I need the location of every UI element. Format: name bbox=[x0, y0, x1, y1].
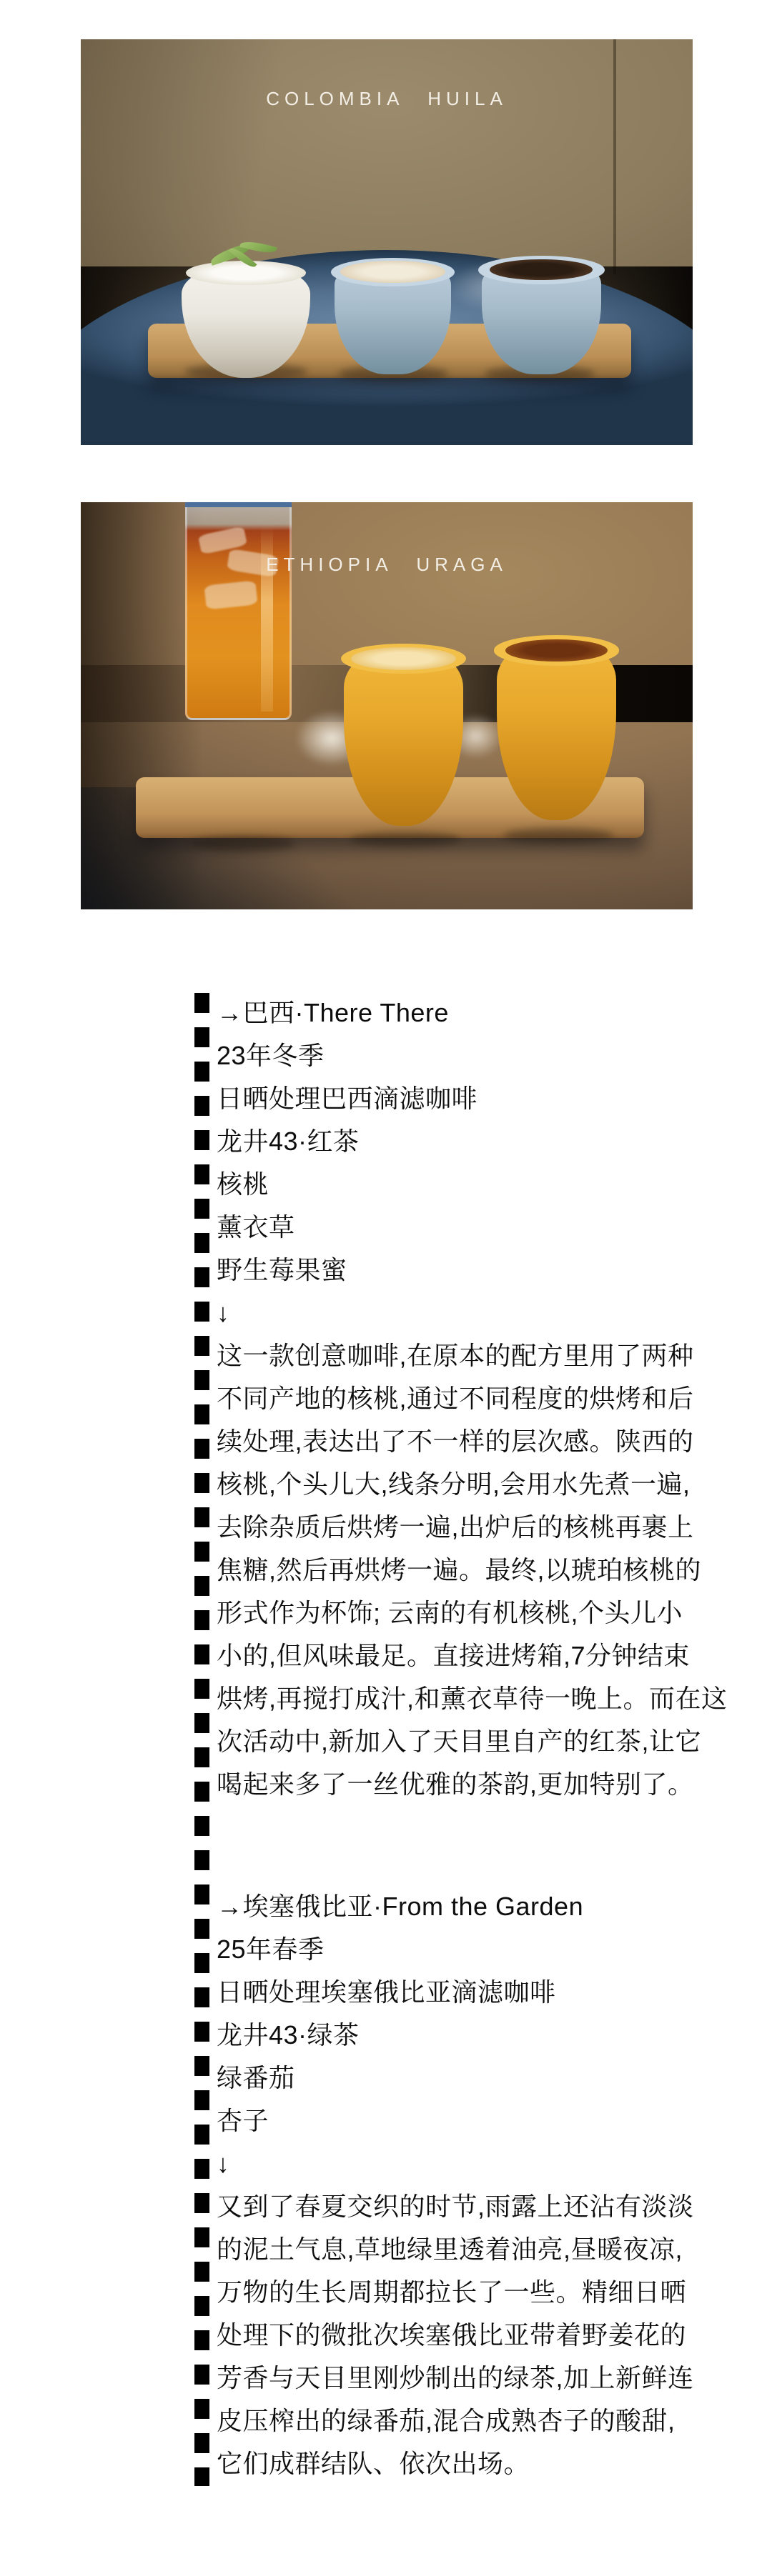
text-line: 不同产地的核桃,通过不同程度的烘烤和后 bbox=[217, 1377, 710, 1420]
text-line: 杏子 bbox=[217, 2100, 710, 2142]
text-line: 芳香与天目里刚炒制出的绿茶,加上新鲜连 bbox=[217, 2357, 710, 2400]
down-arrow: ↓ bbox=[217, 1292, 710, 1334]
text-line: 这一款创意咖啡,在原本的配方里用了两种 bbox=[217, 1334, 710, 1377]
text-line: 又到了春夏交织的时节,雨露上还沾有淡淡 bbox=[217, 2185, 710, 2228]
text-line: 日晒处理埃塞俄比亚滴滤咖啡 bbox=[217, 1971, 710, 2014]
text-line: 续处理,表达出了不一样的层次感。陕西的 bbox=[217, 1420, 710, 1463]
text-line: 绿番茄 bbox=[217, 2057, 710, 2100]
section-ethiopia: →埃塞俄比亚·From the Garden 25年春季 日晒处理埃塞俄比亚滴滤… bbox=[217, 1885, 710, 2485]
text-line: 25年春季 bbox=[217, 1928, 710, 1971]
cup-shadow bbox=[503, 828, 613, 843]
text-line: 形式作为杯饰; 云南的有机核桃,个头儿小 bbox=[217, 1592, 710, 1634]
tea-surface bbox=[505, 639, 608, 662]
latte-foam bbox=[340, 261, 445, 283]
down-arrow: ↓ bbox=[217, 2142, 710, 2185]
text-line: 喝起来多了一丝优雅的茶韵,更加特别了。 bbox=[217, 1763, 710, 1806]
text-line: 去除杂质后烘烤一遍,出炉后的核桃再裹上 bbox=[217, 1506, 710, 1549]
text-line: 薰衣草 bbox=[217, 1206, 710, 1249]
post-page: COLOMBIA HUILA ETHIOPIA URAGA →巴西·The bbox=[0, 0, 772, 2576]
door-frame-line bbox=[613, 39, 616, 274]
text-line: 皮压榨出的绿番茄,混合成熟杏子的酸甜, bbox=[217, 2400, 710, 2442]
text-line: 的泥土气息,草地绿里透着油亮,昼暖夜凉, bbox=[217, 2228, 710, 2271]
text-line: 23年冬季 bbox=[217, 1034, 710, 1077]
photo-caption-ethiopia: ETHIOPIA URAGA bbox=[81, 554, 693, 576]
glass-blue-rim bbox=[185, 502, 292, 507]
text-line: 烘烤,再搅打成汁,和薰衣草待一晚上。而在这 bbox=[217, 1677, 710, 1720]
text-line: 万物的生长周期都拉长了一些。精细日晒 bbox=[217, 2271, 710, 2314]
section-brazil: →巴西·There There 23年冬季 日晒处理巴西滴滤咖啡 龙井43·红茶… bbox=[217, 992, 710, 1806]
text-line: 龙井43·绿茶 bbox=[217, 2014, 710, 2057]
milk-tea-surface bbox=[351, 647, 455, 670]
photo-ethiopia-uraga[interactable]: ETHIOPIA URAGA bbox=[81, 502, 693, 909]
iced-tea-glass bbox=[185, 502, 292, 720]
text-line: 核桃 bbox=[217, 1163, 710, 1206]
text-line: 小的,但风味最足。直接进烤箱,7分钟结束 bbox=[217, 1634, 710, 1677]
text-line: 日晒处理巴西滴滤咖啡 bbox=[217, 1077, 710, 1120]
text-line: 龙井43·红茶 bbox=[217, 1120, 710, 1163]
section-title: →埃塞俄比亚·From the Garden bbox=[217, 1885, 710, 1928]
text-line: 野生莓果蜜 bbox=[217, 1249, 710, 1292]
text-line: 核桃,个头儿大,线条分明,会用水先煮一遍, bbox=[217, 1463, 710, 1506]
section-title: →巴西·There There bbox=[217, 992, 710, 1034]
text-line: 次活动中,新加入了天目里自产的红茶,让它 bbox=[217, 1720, 710, 1763]
text-line: 它们成群结队、依次出场。 bbox=[217, 2442, 710, 2485]
photo-colombia-huila[interactable]: COLOMBIA HUILA bbox=[81, 39, 693, 445]
dashed-divider-line bbox=[194, 993, 209, 2486]
photo-caption-colombia: COLOMBIA HUILA bbox=[81, 88, 693, 110]
glass-shadow bbox=[191, 836, 295, 851]
text-line: 焦糖,然后再烘烤一遍。最终,以琥珀核桃的 bbox=[217, 1549, 710, 1592]
cup-shadow bbox=[350, 832, 460, 847]
text-line: 处理下的微批次埃塞俄比亚带着野姜花的 bbox=[217, 2314, 710, 2357]
